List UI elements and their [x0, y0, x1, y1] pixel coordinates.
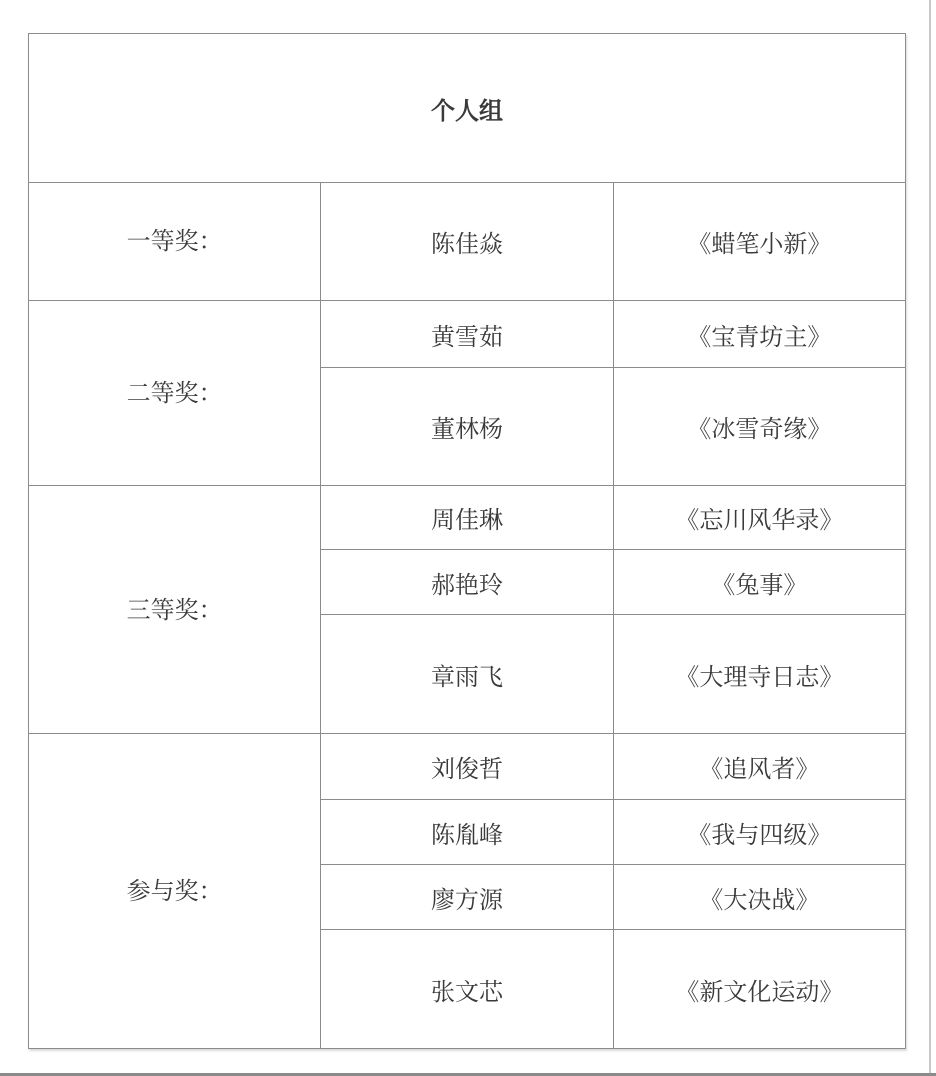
- prize-level-cell: 参与奖：: [29, 734, 321, 1049]
- winner-name: 廖方源: [321, 865, 613, 930]
- page-edge-right: [929, 0, 931, 1076]
- work-title: 《宝青坊主》: [613, 301, 905, 368]
- table-row: 参与奖：刘俊哲《追风者》: [29, 734, 906, 800]
- work-title: 《追风者》: [613, 734, 905, 800]
- table-row: 二等奖：黄雪茹《宝青坊主》: [29, 301, 906, 368]
- table-row: 三等奖：周佳琳《忘川风华录》: [29, 486, 906, 550]
- winner-name: 陈佳焱: [321, 183, 613, 301]
- work-title: 《蜡笔小新》: [613, 183, 905, 301]
- work-title: 《兔事》: [613, 550, 905, 615]
- work-title: 《冰雪奇缘》: [613, 368, 905, 486]
- work-title: 《大理寺日志》: [613, 615, 905, 734]
- prize-level-cell: 一等奖：: [29, 183, 321, 301]
- prize-level-cell: 三等奖：: [29, 486, 321, 734]
- winner-name: 刘俊哲: [321, 734, 613, 800]
- winner-name: 黄雪茹: [321, 301, 613, 368]
- winner-name: 张文芯: [321, 930, 613, 1049]
- winner-name: 郝艳玲: [321, 550, 613, 615]
- table-row: 一等奖：陈佳焱《蜡笔小新》: [29, 183, 906, 301]
- work-title: 《新文化运动》: [613, 930, 905, 1049]
- winner-name: 陈胤峰: [321, 800, 613, 865]
- work-title: 《我与四级》: [613, 800, 905, 865]
- prize-level-label: 参与奖：: [29, 858, 320, 924]
- prize-level-label: 一等奖：: [29, 183, 320, 300]
- work-title: 《大决战》: [613, 865, 905, 930]
- prize-level-cell: 二等奖：: [29, 301, 321, 486]
- winner-name: 章雨飞: [321, 615, 613, 734]
- table-title: 个人组: [29, 34, 906, 183]
- winner-name: 董林杨: [321, 368, 613, 486]
- prize-level-label: 三等奖：: [29, 578, 320, 642]
- work-title: 《忘川风华录》: [613, 486, 905, 550]
- prize-level-label: 二等奖：: [29, 360, 320, 427]
- winner-name: 周佳琳: [321, 486, 613, 550]
- title-row: 个人组: [29, 34, 906, 183]
- awards-table: 个人组 一等奖：陈佳焱《蜡笔小新》二等奖：黄雪茹《宝青坊主》董林杨《冰雪奇缘》三…: [28, 33, 906, 1049]
